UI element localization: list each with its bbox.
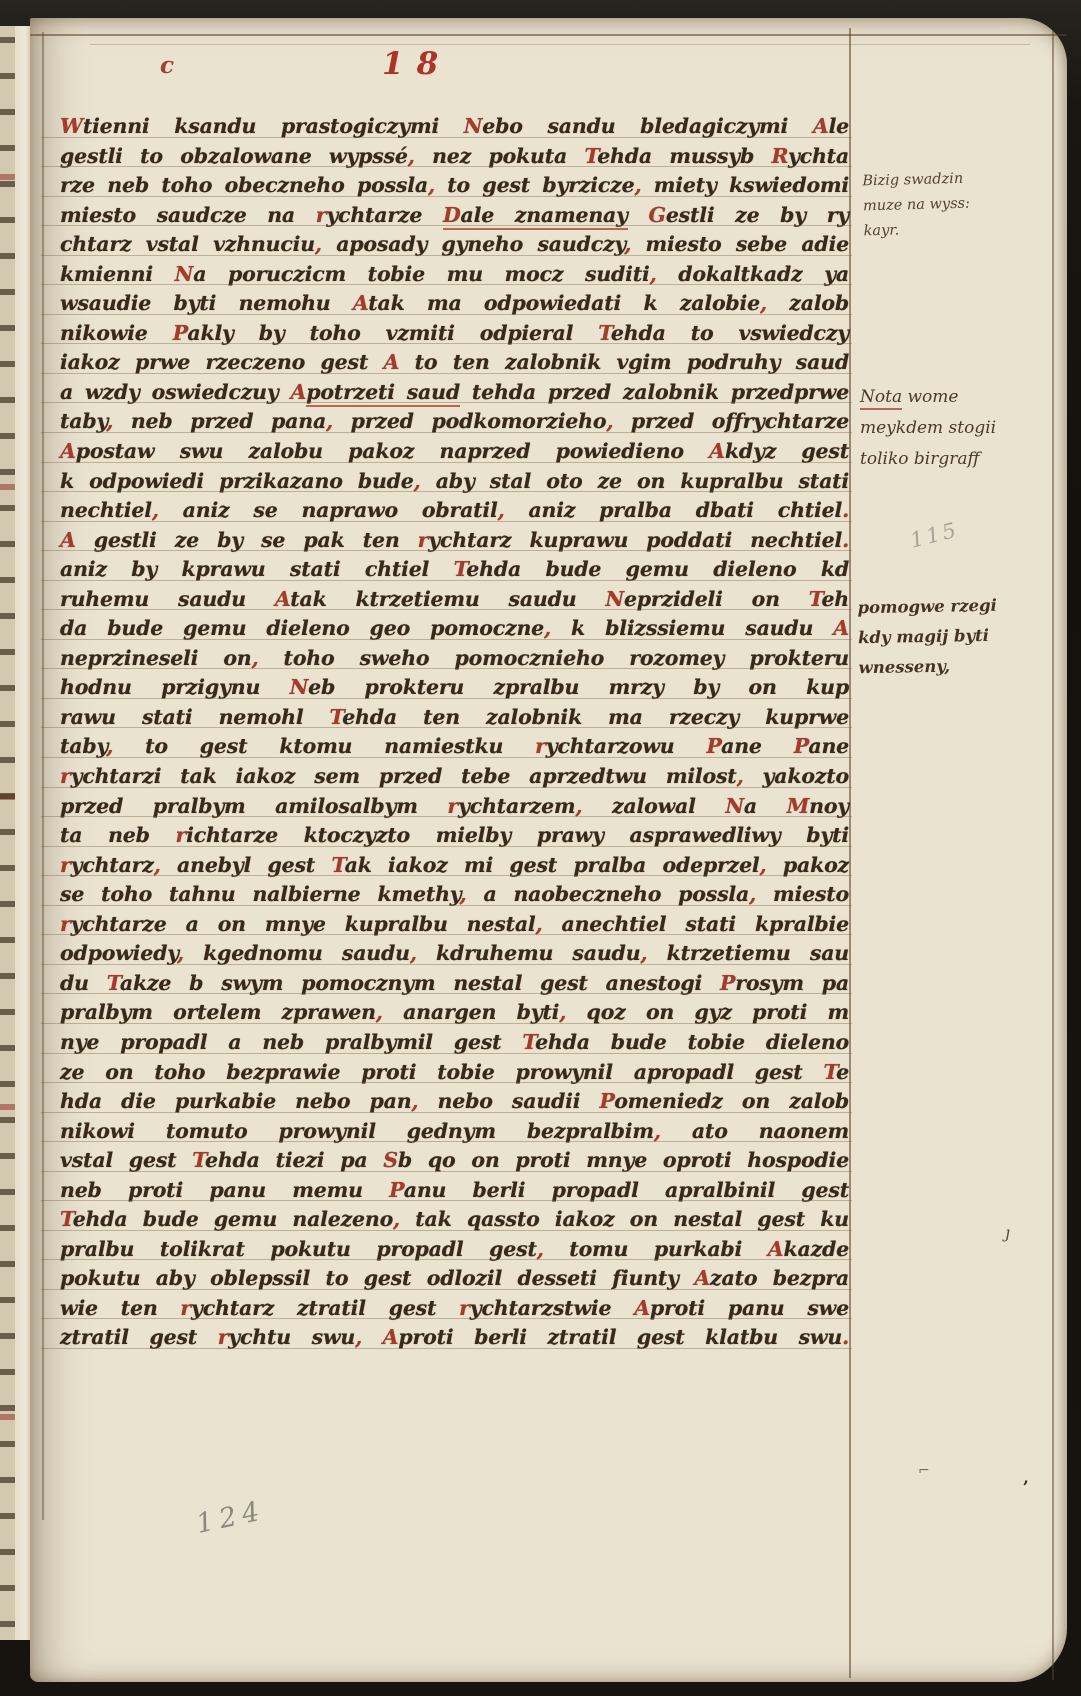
rubric-red: T — [823, 1060, 836, 1084]
text-line: hda die purkabie nebo pan, nebo saudii P… — [60, 1087, 849, 1117]
rubric-red: W — [60, 114, 83, 138]
rubric-red: , — [654, 1119, 661, 1143]
pen-trial-mark-3: ‚ — [1023, 1468, 1029, 1488]
ruled-line-text-right-boundary — [849, 28, 851, 1678]
margin-note-nota: Nota womemeykdem stogiitoliko birgraff — [860, 382, 996, 475]
rubric-red: , — [408, 144, 415, 168]
text-line: pralbu tolikrat pokutu propadl gest, tom… — [60, 1235, 849, 1265]
rubric-red: A — [694, 1266, 710, 1290]
rubric-red: , — [640, 941, 647, 965]
rubric-red: A — [60, 528, 76, 552]
text-line: przed pralbym amilosalbym rychtarzem, za… — [60, 792, 849, 822]
rubric-red: , — [355, 1325, 362, 1349]
rubric-red: r — [176, 823, 187, 847]
text-line: gestli to obzalowane wypssé, nez pokuta … — [60, 142, 849, 172]
rubric-red: A — [275, 587, 290, 611]
text-line: se toho tahnu nalbierne kmethy, a naobec… — [60, 880, 849, 910]
text-line: wie ten rychtarz ztratil gest rychtarzst… — [60, 1294, 849, 1324]
text-line: nechtiel, aniz se naprawo obratil, aniz … — [60, 496, 849, 526]
rubric-red: T — [809, 587, 822, 611]
rubric-red: r — [60, 853, 71, 877]
text-line: rze neb toho obeczneho possla, to gest b… — [60, 171, 849, 201]
margin-note-line: wnesseny, — [858, 651, 998, 683]
rubric-red: A — [383, 1325, 399, 1349]
text-line: nikowi tomuto prowynil gednym bezpralbim… — [60, 1117, 849, 1147]
underlying-folio-edges — [0, 26, 32, 1640]
rubric-red: T — [598, 321, 611, 345]
ruled-line-outer-margin — [1052, 30, 1054, 1680]
rubric-red: , — [749, 882, 756, 906]
rubric-red: A — [353, 291, 368, 315]
text-line: hodnu przigynu Neb prokteru zpralbu mrzy… — [60, 673, 849, 703]
margin-note-pomocnik: pomogwe rzegikdy magij bytiwnesseny, — [857, 591, 998, 683]
manuscript-scan: { "page": { "description": "Medieval man… — [0, 0, 1081, 1696]
rubric-red: , — [624, 232, 631, 256]
rubric-red: D — [443, 203, 461, 227]
text-line: ta neb richtarze ktoczyzto mielby prawy … — [60, 821, 849, 851]
rubric-red: T — [60, 1207, 73, 1231]
rubric-red: , — [410, 941, 417, 965]
text-line: iakoz prwe rzeczeno gest A to ten zalobn… — [60, 348, 849, 378]
rubric-red: R — [771, 144, 787, 168]
rubric-red: , — [460, 882, 467, 906]
rubric-red: , — [537, 1237, 544, 1261]
rubric-red: T — [192, 1148, 205, 1172]
rubric-red: P — [794, 734, 809, 758]
rubric-red: , — [544, 616, 551, 640]
folio-number: 18 — [382, 46, 451, 82]
rubric-red: , — [428, 173, 435, 197]
margin-note-line: toliko birgraff — [860, 444, 996, 475]
ruled-line-top — [30, 34, 1067, 36]
rubric-red: r — [447, 794, 458, 818]
rubric-red: T — [454, 557, 467, 581]
rubric-underline: Dale znamenay — [443, 203, 628, 230]
pencil-foliation-number: 124 — [194, 1495, 268, 1540]
rubric-red: A — [384, 350, 400, 374]
text-line: Wtienni ksandu prastogiczymi Nebo sandu … — [60, 112, 849, 142]
rubric-red: T — [330, 705, 343, 729]
rubric-red: A — [833, 616, 849, 640]
rubric-red: T — [522, 1030, 535, 1054]
text-block: Wtienni ksandu prastogiczymi Nebo sandu … — [60, 112, 849, 1353]
rubric-red: , — [606, 409, 613, 433]
text-line: Tehda bude gemu nalezeno, tak qassto iak… — [60, 1205, 849, 1235]
margin-note-top: Bizig swadzinmuze na wyss:kayr. — [862, 167, 971, 245]
text-line: rychtarze a on mnye kupralbu nestal, ane… — [60, 910, 849, 940]
manuscript-page: c 18 Wtienni ksandu prastogiczymi Nebo s… — [30, 18, 1067, 1682]
rubric-underline: Nota — [860, 387, 902, 410]
text-line: neb proti panu memu Panu berli propadl a… — [60, 1176, 849, 1206]
rubric-red: N — [464, 114, 483, 138]
rubric-red: N — [605, 587, 624, 611]
text-line: da bude gemu dieleno geo pomoczne, k bli… — [60, 614, 849, 644]
text-line: wsaudie byti nemohu Atak ma odpowiedati … — [60, 289, 849, 319]
text-line: nikowie Pakly by toho vzmiti odpieral Te… — [60, 319, 849, 349]
rubric-red: r — [316, 203, 327, 227]
rubric-red: N — [175, 262, 194, 286]
rubric-red: , — [498, 498, 505, 522]
rubric-red: , — [760, 853, 767, 877]
rubric-red: , — [393, 1207, 400, 1231]
rubric-red: , — [177, 941, 184, 965]
margin-note-line: Bizig swadzin — [862, 167, 970, 195]
rubric-red: P — [720, 971, 735, 995]
text-line: ze on toho bezprawie proti tobie prowyni… — [60, 1058, 849, 1088]
margin-note-line: kdy magij byti — [858, 621, 998, 653]
text-line: a wzdy oswiedczuy Apotrzeti saud tehda p… — [60, 378, 849, 408]
adjacent-folio-text-fragments — [0, 26, 15, 1640]
text-line: neprzineseli on, toho sweho pomocznieho … — [60, 644, 849, 674]
rubric-red: , — [154, 853, 161, 877]
rubric-red: , — [575, 794, 582, 818]
rubric-red: A — [813, 114, 829, 138]
rubric-red: A — [634, 1296, 650, 1320]
text-line: odpowiedy, kgednomu saudu, kdruhemu saud… — [60, 939, 849, 969]
rubric-red: , — [106, 409, 113, 433]
rubric-red: T — [107, 971, 120, 995]
text-line: ruhemu saudu Atak ktrzetiemu saudu Neprz… — [60, 585, 849, 615]
rubric-red: P — [600, 1089, 615, 1113]
rubric-red: , — [252, 646, 259, 670]
text-line: pralbym ortelem zprawen, anargen byti, q… — [60, 998, 849, 1028]
rubric-red: , — [634, 173, 641, 197]
margin-note-line: pomogwe rzegi — [857, 591, 997, 623]
rubric-red: r — [459, 1296, 470, 1320]
text-line: miesto saudcze na rychtarze Dale znamena… — [60, 201, 849, 231]
rubric-red: T — [585, 144, 598, 168]
text-line: rychtarzi tak iakoz sem przed tebe aprze… — [60, 762, 849, 792]
rubric-red: N — [290, 675, 309, 699]
rubric-red: A — [60, 439, 76, 463]
rubric-red: . — [842, 528, 849, 552]
rubric-red: N — [725, 794, 744, 818]
rubric-red: . — [842, 498, 849, 522]
rubric-red: A — [290, 380, 306, 404]
rubric-red: , — [737, 764, 744, 788]
rubric-red: , — [559, 1000, 566, 1024]
quire-letter: c — [160, 52, 174, 79]
text-line: kmienni Na poruczicm tobie mu mocz sudit… — [60, 260, 849, 290]
rubric-red: , — [411, 1089, 418, 1113]
text-line: ztratil gest rychtu swu, Aproti berli zt… — [60, 1323, 849, 1353]
rubric-red: , — [414, 469, 421, 493]
text-line: Apostaw swu zalobu pakoz naprzed powiedi… — [60, 437, 849, 467]
rubric-red: , — [760, 291, 767, 315]
rubric-red: , — [536, 912, 543, 936]
text-line: vstal gest Tehda tiezi pa Sb qo on proti… — [60, 1146, 849, 1176]
rubric-red: , — [376, 1000, 383, 1024]
rubric-red: , — [326, 409, 333, 433]
rubric-red: T — [331, 853, 344, 877]
rubric-red: G — [649, 203, 666, 227]
pencil-margin-number: 115 — [908, 517, 961, 552]
margin-note-line: Nota wome — [860, 382, 996, 413]
pen-trial-mark-2: ⌐ — [918, 1463, 930, 1479]
rubric-red: r — [60, 912, 71, 936]
margin-note-line: kayr. — [863, 217, 971, 245]
rubric-red: r — [60, 764, 71, 788]
text-line: aniz by kprawu stati chtiel Tehda bude g… — [60, 555, 849, 585]
rubric-red: , — [315, 232, 322, 256]
rubric-red: P — [706, 734, 721, 758]
text-line: A gestli ze by se pak ten rychtarz kupra… — [60, 526, 849, 556]
text-line: rychtarz, anebyl gest Tak iakoz mi gest … — [60, 851, 849, 881]
text-line: rawu stati nemohl Tehda ten zalobnik ma … — [60, 703, 849, 733]
margin-note-line: meykdem stogii — [860, 413, 996, 444]
text-line: pokutu aby oblepssil to gest odlozil des… — [60, 1264, 849, 1294]
rubric-underline: potrzeti saud — [306, 380, 460, 407]
text-line: du Takze b swym pomocznym nestal gest an… — [60, 969, 849, 999]
text-line: taby, neb przed pana, przed podkomorzieh… — [60, 407, 849, 437]
text-line: chtarz vstal vzhnuciu, aposady gyneho sa… — [60, 230, 849, 260]
rubric-red: , — [152, 498, 159, 522]
rubric-red: S — [383, 1148, 398, 1172]
text-line: nye propadl a neb pralbymil gest Tehda b… — [60, 1028, 849, 1058]
rubric-red: A — [768, 1237, 784, 1261]
text-line: k odpowiedi przikazano bude, aby stal ot… — [60, 467, 849, 497]
rubric-red: r — [218, 1325, 229, 1349]
rubric-red: P — [173, 321, 188, 345]
rubric-red: , — [106, 734, 113, 758]
rubric-red: r — [535, 734, 546, 758]
rubric-red: r — [418, 528, 429, 552]
rubric-red: P — [389, 1178, 404, 1202]
margin-note-line: muze na wyss: — [863, 192, 971, 220]
text-line: taby, to gest ktomu namiestku rychtarzow… — [60, 732, 849, 762]
rubric-red: , — [650, 262, 657, 286]
pen-trial-mark-1: ȷ — [1005, 1223, 1010, 1242]
rubric-red: . — [842, 1325, 849, 1349]
rubric-red: M — [787, 794, 810, 818]
ruled-line-top-secondary — [90, 44, 1030, 45]
rubric-red: A — [709, 439, 725, 463]
rubric-red: r — [180, 1296, 191, 1320]
